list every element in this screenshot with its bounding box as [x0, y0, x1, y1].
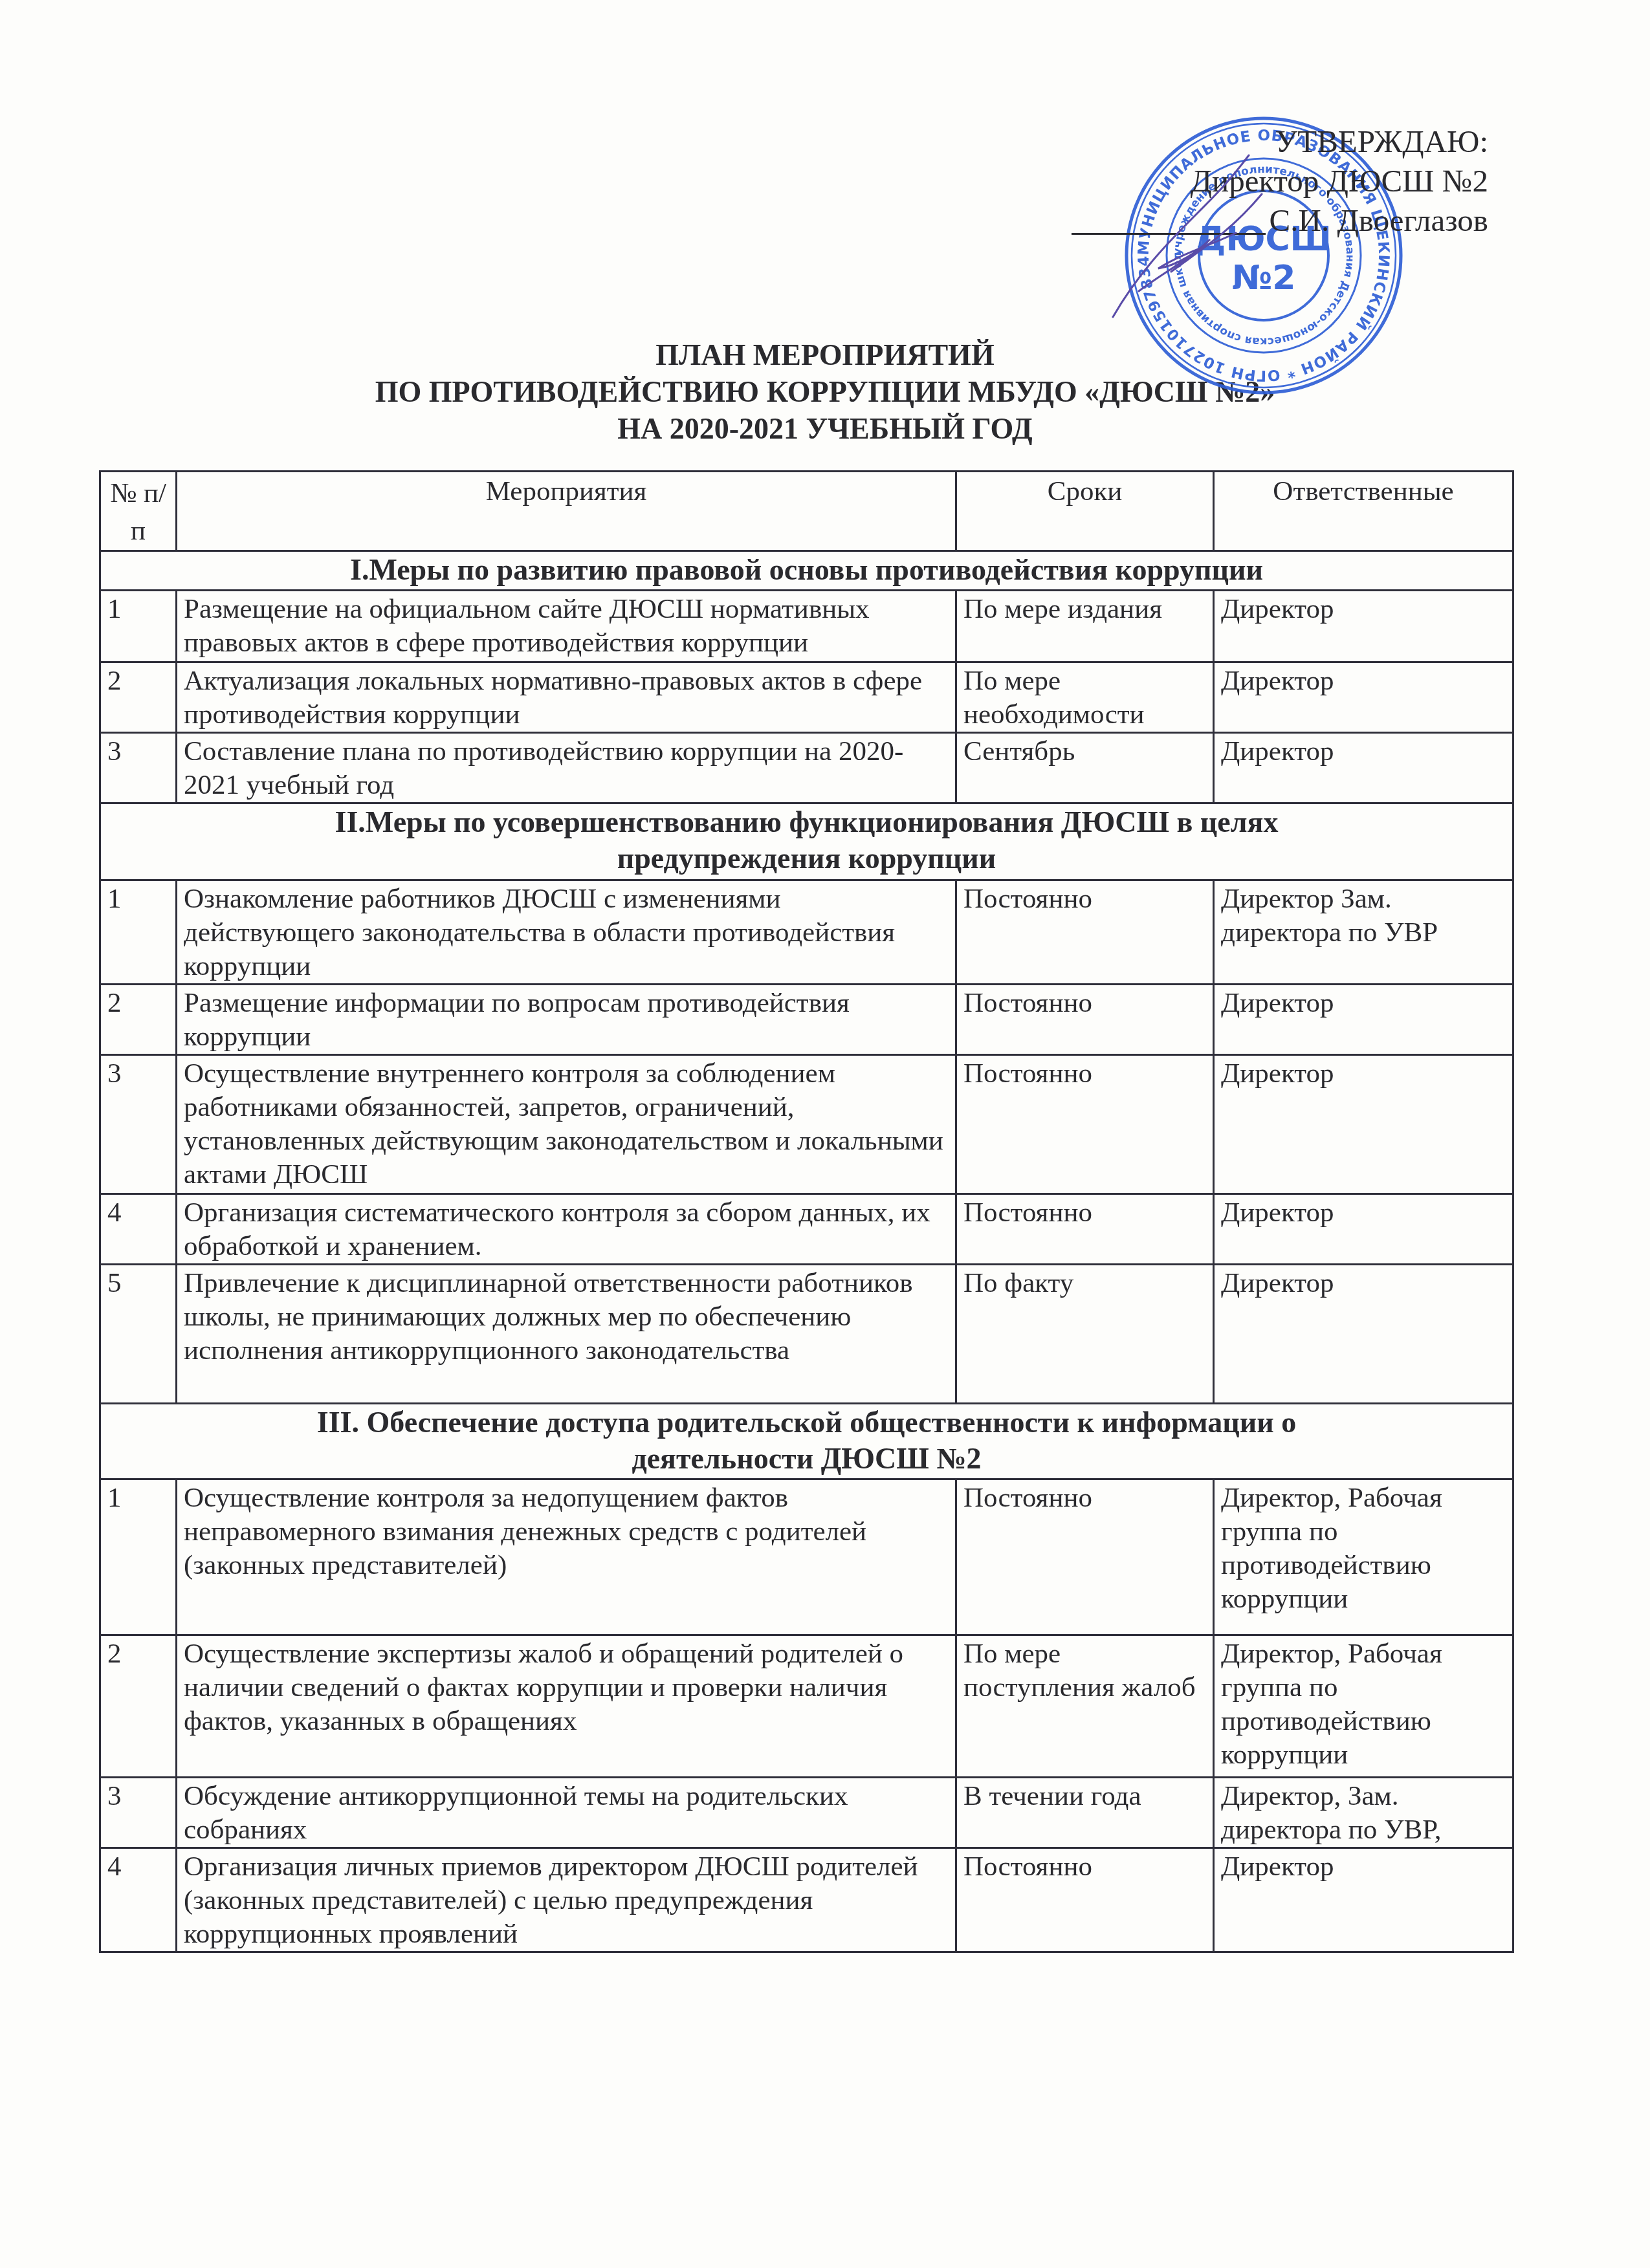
table-row: 4 Организация личных приемов директором …: [100, 1848, 1513, 1952]
section-title: III. Обеспечение доступа родительской об…: [100, 1404, 1513, 1479]
table-row: 1 Осуществление контроля за недопущением…: [100, 1479, 1513, 1635]
table-row: 5 Привлечение к дисциплинарной ответстве…: [100, 1265, 1513, 1404]
row-responsible: Директор, Зам. директора по УВР,: [1214, 1778, 1513, 1848]
row-activity: Организация систематического контроля за…: [177, 1194, 956, 1265]
row-num: 4: [100, 1848, 177, 1952]
row-responsible: Директор: [1214, 733, 1513, 803]
table-row: 4 Организация систематического контроля …: [100, 1194, 1513, 1265]
row-term: По факту: [956, 1265, 1214, 1404]
header-term: Сроки: [956, 472, 1214, 551]
table-row: 1 Размещение на официальном сайте ДЮСШ н…: [100, 591, 1513, 662]
row-num: 2: [100, 662, 177, 733]
row-term: Постоянно: [956, 1848, 1214, 1952]
table-row: 2 Актуализация локальных нормативно-прав…: [100, 662, 1513, 733]
row-num: 2: [100, 985, 177, 1055]
table-row: 2 Размещение информации по вопросам прот…: [100, 985, 1513, 1055]
section-header: III. Обеспечение доступа родительской об…: [100, 1404, 1513, 1479]
row-num: 1: [100, 1479, 177, 1635]
row-num: 2: [100, 1635, 177, 1778]
row-term: В течении года: [956, 1778, 1214, 1848]
row-activity: Обсуждение антикоррупционной темы на род…: [177, 1778, 956, 1848]
row-term: Постоянно: [956, 1479, 1214, 1635]
row-responsible: Директор: [1214, 1265, 1513, 1404]
table-row: 3 Составление плана по противодействию к…: [100, 733, 1513, 803]
signature-scribble: [1100, 142, 1294, 323]
row-responsible: Директор, Рабочая группа по противодейст…: [1214, 1479, 1513, 1635]
title-line-3: НА 2020-2021 УЧЕБНЫЙ ГОД: [0, 410, 1650, 447]
signatory-name: С.И. Двоеглазов: [1270, 202, 1488, 238]
row-responsible: Директор, Рабочая группа по противодейст…: [1214, 1635, 1513, 1778]
section-header: II.Меры по усовершенствованию функционир…: [100, 803, 1513, 880]
row-term: По мере поступления жалоб: [956, 1635, 1214, 1778]
section-header: I.Меры по развитию правовой основы проти…: [100, 551, 1513, 591]
row-activity: Размещение информации по вопросам против…: [177, 985, 956, 1055]
row-num: 3: [100, 1778, 177, 1848]
row-num: 1: [100, 880, 177, 985]
table-row: 3 Осуществление внутреннего контроля за …: [100, 1055, 1513, 1194]
row-responsible: Директор: [1214, 1194, 1513, 1265]
row-responsible: Директор: [1214, 591, 1513, 662]
header-activity: Мероприятия: [177, 472, 956, 551]
row-term: По мере необходимости: [956, 662, 1214, 733]
row-activity: Размещение на официальном сайте ДЮСШ нор…: [177, 591, 956, 662]
row-responsible: Директор: [1214, 1055, 1513, 1194]
row-num: 1: [100, 591, 177, 662]
header-responsible: Ответственные: [1214, 472, 1513, 551]
row-activity: Организация личных приемов директором ДЮ…: [177, 1848, 956, 1952]
row-activity: Составление плана по противодействию кор…: [177, 733, 956, 803]
row-activity: Осуществление контроля за недопущением ф…: [177, 1479, 956, 1635]
row-term: Постоянно: [956, 985, 1214, 1055]
table-header-row: № п/п Мероприятия Сроки Ответственные: [100, 472, 1513, 551]
row-term: Постоянно: [956, 880, 1214, 985]
header-num: № п/п: [100, 472, 177, 551]
row-num: 3: [100, 733, 177, 803]
row-responsible: Директор Зам. директора по УВР: [1214, 880, 1513, 985]
row-term: Постоянно: [956, 1194, 1214, 1265]
row-activity: Осуществление экспертизы жалоб и обращен…: [177, 1635, 956, 1778]
row-num: 3: [100, 1055, 177, 1194]
row-activity: Актуализация локальных нормативно-правов…: [177, 662, 956, 733]
row-term: Постоянно: [956, 1055, 1214, 1194]
row-responsible: Директор: [1214, 662, 1513, 733]
row-activity: Ознакомление работников ДЮСШ с изменения…: [177, 880, 956, 985]
section-title: II.Меры по усовершенствованию функционир…: [100, 803, 1513, 880]
section-title: I.Меры по развитию правовой основы проти…: [100, 551, 1513, 591]
row-activity: Осуществление внутреннего контроля за со…: [177, 1055, 956, 1194]
row-activity: Привлечение к дисциплинарной ответственн…: [177, 1265, 956, 1404]
table-row: 1 Ознакомление работников ДЮСШ с изменен…: [100, 880, 1513, 985]
row-responsible: Директор: [1214, 985, 1513, 1055]
table-row: 2 Осуществление экспертизы жалоб и обращ…: [100, 1635, 1513, 1778]
plan-table: № п/п Мероприятия Сроки Ответственные I.…: [99, 470, 1514, 1953]
row-num: 5: [100, 1265, 177, 1404]
row-num: 4: [100, 1194, 177, 1265]
table-row: 3 Обсуждение антикоррупционной темы на р…: [100, 1778, 1513, 1848]
row-responsible: Директор: [1214, 1848, 1513, 1952]
row-term: По мере издания: [956, 591, 1214, 662]
row-term: Сентябрь: [956, 733, 1214, 803]
